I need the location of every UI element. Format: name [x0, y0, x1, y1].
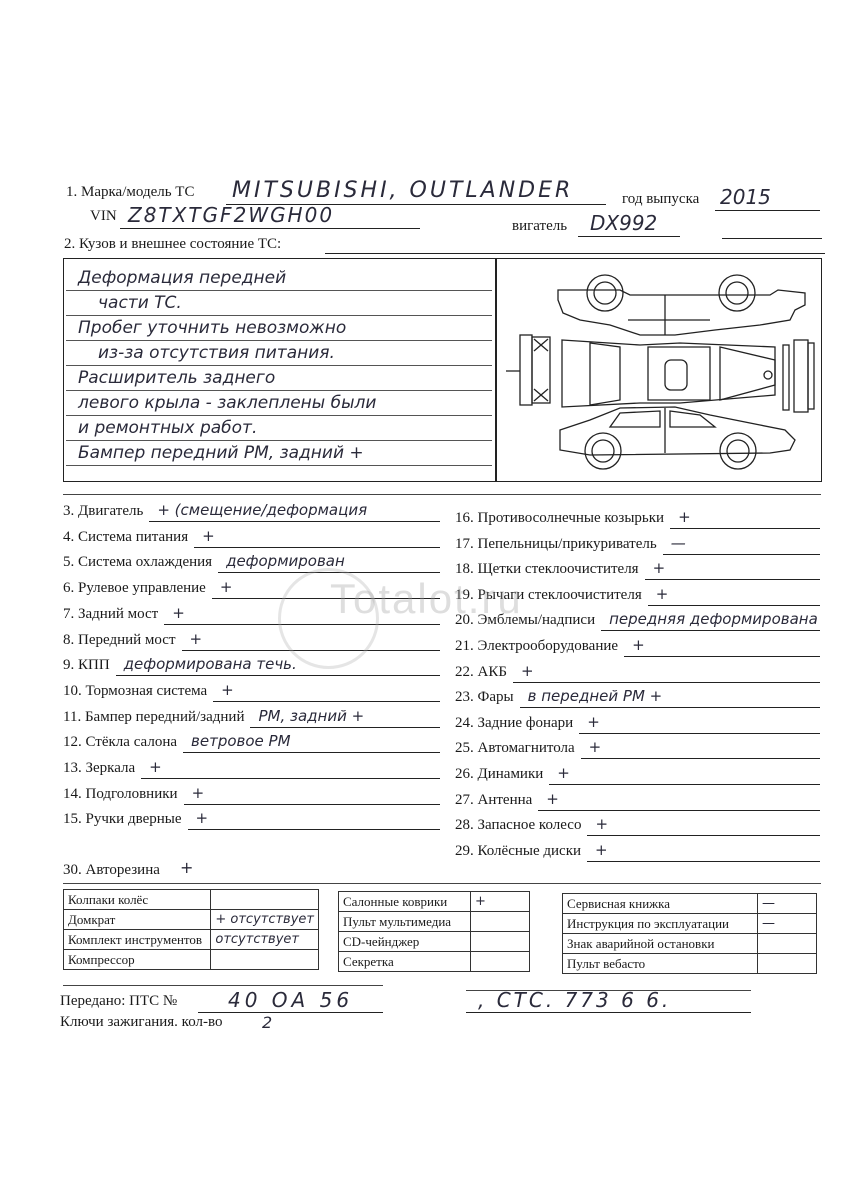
equipment-label: Знак аварийной остановки	[563, 934, 758, 954]
checklist-label: 26. Динамики	[455, 766, 543, 783]
body-note-line: Пробег уточнить невозможно	[78, 318, 346, 338]
body-note-line: Расширитель заднего	[78, 368, 275, 388]
make-model-value[interactable]: MITSUBISHI, OUTLANDER	[232, 178, 573, 203]
checklist-label: 14. Подголовники	[63, 786, 178, 803]
checklist-value[interactable]: +	[653, 559, 666, 577]
equipment-value[interactable]: +	[471, 892, 530, 912]
vin-label: VIN	[90, 208, 117, 225]
checklist-value[interactable]: +	[587, 713, 600, 731]
checklist-value[interactable]: +	[546, 790, 559, 808]
checklist-value[interactable]: +	[521, 662, 534, 680]
body-note-line: из-за отсутствия питания.	[98, 343, 335, 363]
checklist-label: 5. Система охлаждения	[63, 554, 212, 571]
body-note-line: и ремонтных работ.	[78, 418, 257, 438]
checklist-label: 15. Ручки дверные	[63, 811, 182, 828]
checklist-label: 9. КПП	[63, 657, 110, 674]
equipment-value[interactable]	[471, 952, 530, 972]
checklist-label: 12. Стёкла салона	[63, 734, 177, 751]
checklist-label: 23. Фары	[455, 689, 514, 706]
checklist-label: 24. Задние фонари	[455, 715, 573, 732]
body-note-line: левого крыла - заклеплены были	[78, 393, 376, 413]
equipment-label: Салонные коврики	[339, 892, 471, 912]
equipment-value[interactable]	[758, 954, 817, 974]
checklist-label: 16. Противосолнечные козырьки	[455, 510, 664, 527]
equipment-value[interactable]: + отсутствует	[211, 910, 319, 930]
equipment-value[interactable]: —	[758, 914, 817, 934]
checklist-label: 11. Бампер передний/задний	[63, 709, 244, 726]
checklist-value[interactable]: —	[671, 534, 686, 552]
equipment-row: Колпаки колёс	[64, 890, 319, 910]
equipment-table-3: Сервисная книжка—Инструкция по эксплуата…	[562, 893, 817, 974]
checklist-value[interactable]: +	[202, 527, 215, 545]
watermark: Totalot.ru	[330, 575, 523, 623]
equipment-value[interactable]	[211, 950, 319, 970]
tires-value[interactable]: +	[180, 858, 193, 877]
checklist-value[interactable]: в передней РМ +	[528, 687, 663, 705]
equipment-value[interactable]	[758, 934, 817, 954]
equipment-label: CD-чейнджер	[339, 932, 471, 952]
checklist-value[interactable]: +	[190, 630, 203, 648]
vin-value[interactable]: Z8TXTGF2WGH00	[128, 203, 334, 227]
year-label: год выпуска	[622, 191, 699, 208]
pts-value[interactable]: 40 ОА 56	[228, 988, 353, 1012]
equipment-value[interactable]	[211, 890, 319, 910]
equipment-row: Сервисная книжка—	[563, 894, 817, 914]
equipment-label: Сервисная книжка	[563, 894, 758, 914]
checklist-label: 4. Система питания	[63, 529, 188, 546]
car-body-diagram[interactable]	[500, 265, 815, 475]
equipment-label: Пульт мультимедиа	[339, 912, 471, 932]
equipment-label: Пульт вебасто	[563, 954, 758, 974]
sts-value[interactable]: , СТС. 773 6 6.	[478, 988, 671, 1012]
checklist-label: 7. Задний мост	[63, 606, 158, 623]
checklist-label: 6. Рулевое управление	[63, 580, 206, 597]
make-model-label: 1. Марка/модель ТС	[66, 184, 194, 201]
checklist-value[interactable]: +	[656, 585, 669, 603]
equipment-table-2: Салонные коврики+Пульт мультимедиаCD-чей…	[338, 891, 530, 972]
checklist-label: 3. Двигатель	[63, 503, 143, 520]
equipment-row: Пульт вебасто	[563, 954, 817, 974]
equipment-label: Инструкция по эксплуатации	[563, 914, 758, 934]
checklist-value[interactable]: +	[557, 764, 570, 782]
engine-label: вигатель	[512, 218, 567, 235]
equipment-value[interactable]: —	[758, 894, 817, 914]
equipment-label: Комплект инструментов	[64, 930, 211, 950]
checklist-value[interactable]: РМ, задний +	[258, 707, 364, 725]
equipment-value[interactable]	[471, 932, 530, 952]
body-note-line: Деформация передней	[78, 268, 286, 288]
checklist-value[interactable]: +	[220, 578, 233, 596]
checklist-label: 10. Тормозная система	[63, 683, 207, 700]
equipment-row: Инструкция по эксплуатации—	[563, 914, 817, 934]
checklist-value[interactable]: +	[149, 758, 162, 776]
keys-value[interactable]: 2	[262, 1013, 272, 1032]
engine-value[interactable]: DX992	[590, 211, 657, 235]
checklist-label: 22. АКБ	[455, 664, 507, 681]
equipment-row: Комплект инструментовотсутствует	[64, 930, 319, 950]
equipment-row: Пульт мультимедиа	[339, 912, 530, 932]
checklist-value[interactable]: +	[589, 738, 602, 756]
checklist-label: 27. Антенна	[455, 792, 532, 809]
equipment-row: Домкрат+ отсутствует	[64, 910, 319, 930]
equipment-label: Секретка	[339, 952, 471, 972]
checklist-value[interactable]: ветровое РМ	[191, 732, 291, 750]
checklist-value[interactable]: +	[595, 815, 608, 833]
checklist-label: 21. Электрооборудование	[455, 638, 618, 655]
keys-label: Ключи зажигания. кол-во	[60, 1014, 222, 1031]
equipment-table-1: Колпаки колёсДомкрат+ отсутствуетКомплек…	[63, 889, 319, 970]
checklist-value[interactable]: +	[595, 841, 608, 859]
equipment-label: Домкрат	[64, 910, 211, 930]
checklist-label: 17. Пепельницы/прикуриватель	[455, 536, 657, 553]
equipment-label: Компрессор	[64, 950, 211, 970]
body-note-line: части ТС.	[98, 293, 182, 313]
equipment-row: Салонные коврики+	[339, 892, 530, 912]
pts-label: Передано: ПТС №	[60, 993, 177, 1010]
equipment-label: Колпаки колёс	[64, 890, 211, 910]
equipment-row: Знак аварийной остановки	[563, 934, 817, 954]
checklist-value[interactable]: передняя деформирована	[609, 610, 818, 628]
checklist-value[interactable]: +	[192, 784, 205, 802]
equipment-row: Компрессор	[64, 950, 319, 970]
year-value[interactable]: 2015	[720, 185, 771, 209]
checklist-value[interactable]: + (смещение/деформация	[157, 501, 367, 519]
checklist-value[interactable]: деформирована течь.	[124, 655, 297, 673]
equipment-value[interactable]	[471, 912, 530, 932]
equipment-row: CD-чейнджер	[339, 932, 530, 952]
body-note-line: Бампер передний РМ, задний +	[78, 443, 364, 463]
checklist-value[interactable]: +	[221, 681, 234, 699]
checklist-label: 29. Колёсные диски	[455, 843, 581, 860]
tires-label: 30. Авторезина	[63, 862, 160, 879]
checklist-label: 28. Запасное колесо	[455, 817, 581, 834]
checklist-label: 8. Передний мост	[63, 632, 176, 649]
checklist-value[interactable]: +	[196, 809, 209, 827]
checklist-value[interactable]: +	[678, 508, 691, 526]
equipment-row: Секретка	[339, 952, 530, 972]
checklist-value[interactable]: +	[172, 604, 185, 622]
body-section-label: 2. Кузов и внешнее состояние ТС:	[64, 236, 281, 253]
checklist-value[interactable]: +	[632, 636, 645, 654]
equipment-value[interactable]: отсутствует	[211, 930, 319, 950]
checklist-label: 25. Автомагнитола	[455, 740, 575, 757]
checklist-label: 13. Зеркала	[63, 760, 135, 777]
